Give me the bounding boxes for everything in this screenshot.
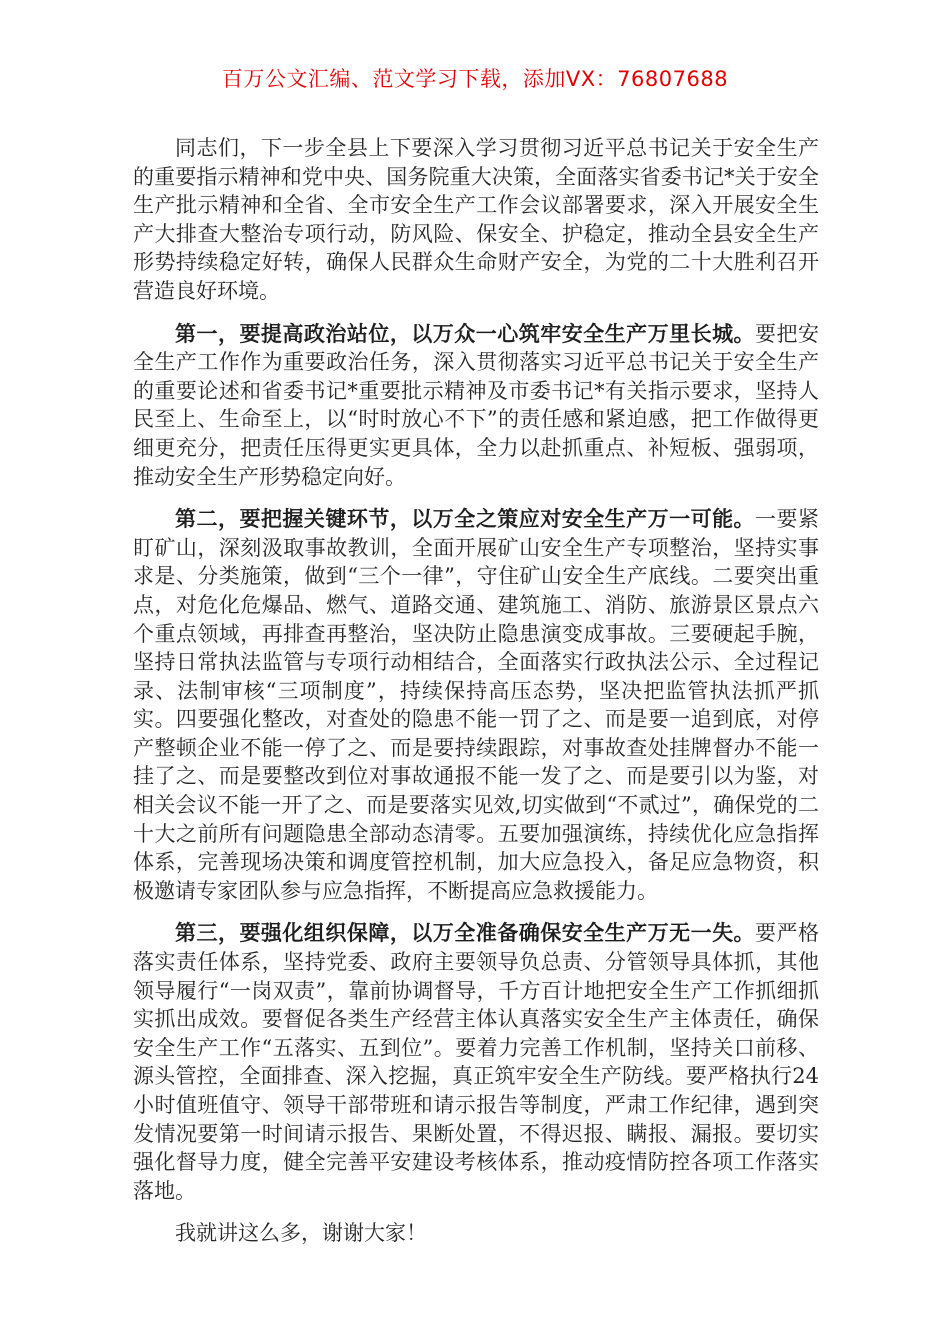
paragraph-first-point-lead: 第一，要提高政治站位，以万众一心筑牢安全生产万里长城。 <box>175 321 755 346</box>
paragraph-first-point-body: 要把安全生产工作作为重要政治任务，深入贯彻落实习近平总书记关于安全生产的重要论述… <box>133 322 819 489</box>
paragraph-second-point-lead: 第二，要把握关键环节，以万全之策应对安全生产万一可能。 <box>175 506 755 531</box>
paragraph-third-point: 第三，要强化组织保障，以万全准备确保安全生产万无一失。要严格落实责任体系，坚持党… <box>133 919 819 1205</box>
document-page: 百万公文汇编、范文学习下载，添加VX：76807688 同志们，下一步全县上下要… <box>0 0 950 1344</box>
paragraph-third-point-body: 要严格落实责任体系，坚持党委、政府主要领导负总责、分管领导具体抓，其他领导履行“… <box>133 921 819 1202</box>
paragraph-closing-body: 我就讲这么多，谢谢大家！ <box>175 1221 427 1245</box>
paragraph-intro-body: 同志们，下一步全县上下要深入学习贯彻习近平总书记关于安全生产的重要指示精神和党中… <box>133 136 819 303</box>
document-body: 同志们，下一步全县上下要深入学习贯彻习近平总书记关于安全生产的重要指示精神和党中… <box>0 94 950 1248</box>
paragraph-second-point-body: 一要紧盯矿山，深刻汲取事故教训，全面开展矿山安全生产专项整治，坚持实事求是、分类… <box>133 507 819 903</box>
paragraph-intro: 同志们，下一步全县上下要深入学习贯彻习近平总书记关于安全生产的重要指示精神和党中… <box>133 134 819 306</box>
paragraph-third-point-lead: 第三，要强化组织保障，以万全准备确保安全生产万无一失。 <box>175 920 755 945</box>
paragraph-second-point: 第二，要把握关键环节，以万全之策应对安全生产万一可能。一要紧盯矿山，深刻汲取事故… <box>133 505 819 905</box>
paragraph-closing: 我就讲这么多，谢谢大家！ <box>133 1219 819 1248</box>
promo-header-text: 百万公文汇编、范文学习下载，添加VX：76807688 <box>0 0 950 94</box>
paragraph-first-point: 第一，要提高政治站位，以万众一心筑牢安全生产万里长城。要把安全生产工作作为重要政… <box>133 320 819 492</box>
